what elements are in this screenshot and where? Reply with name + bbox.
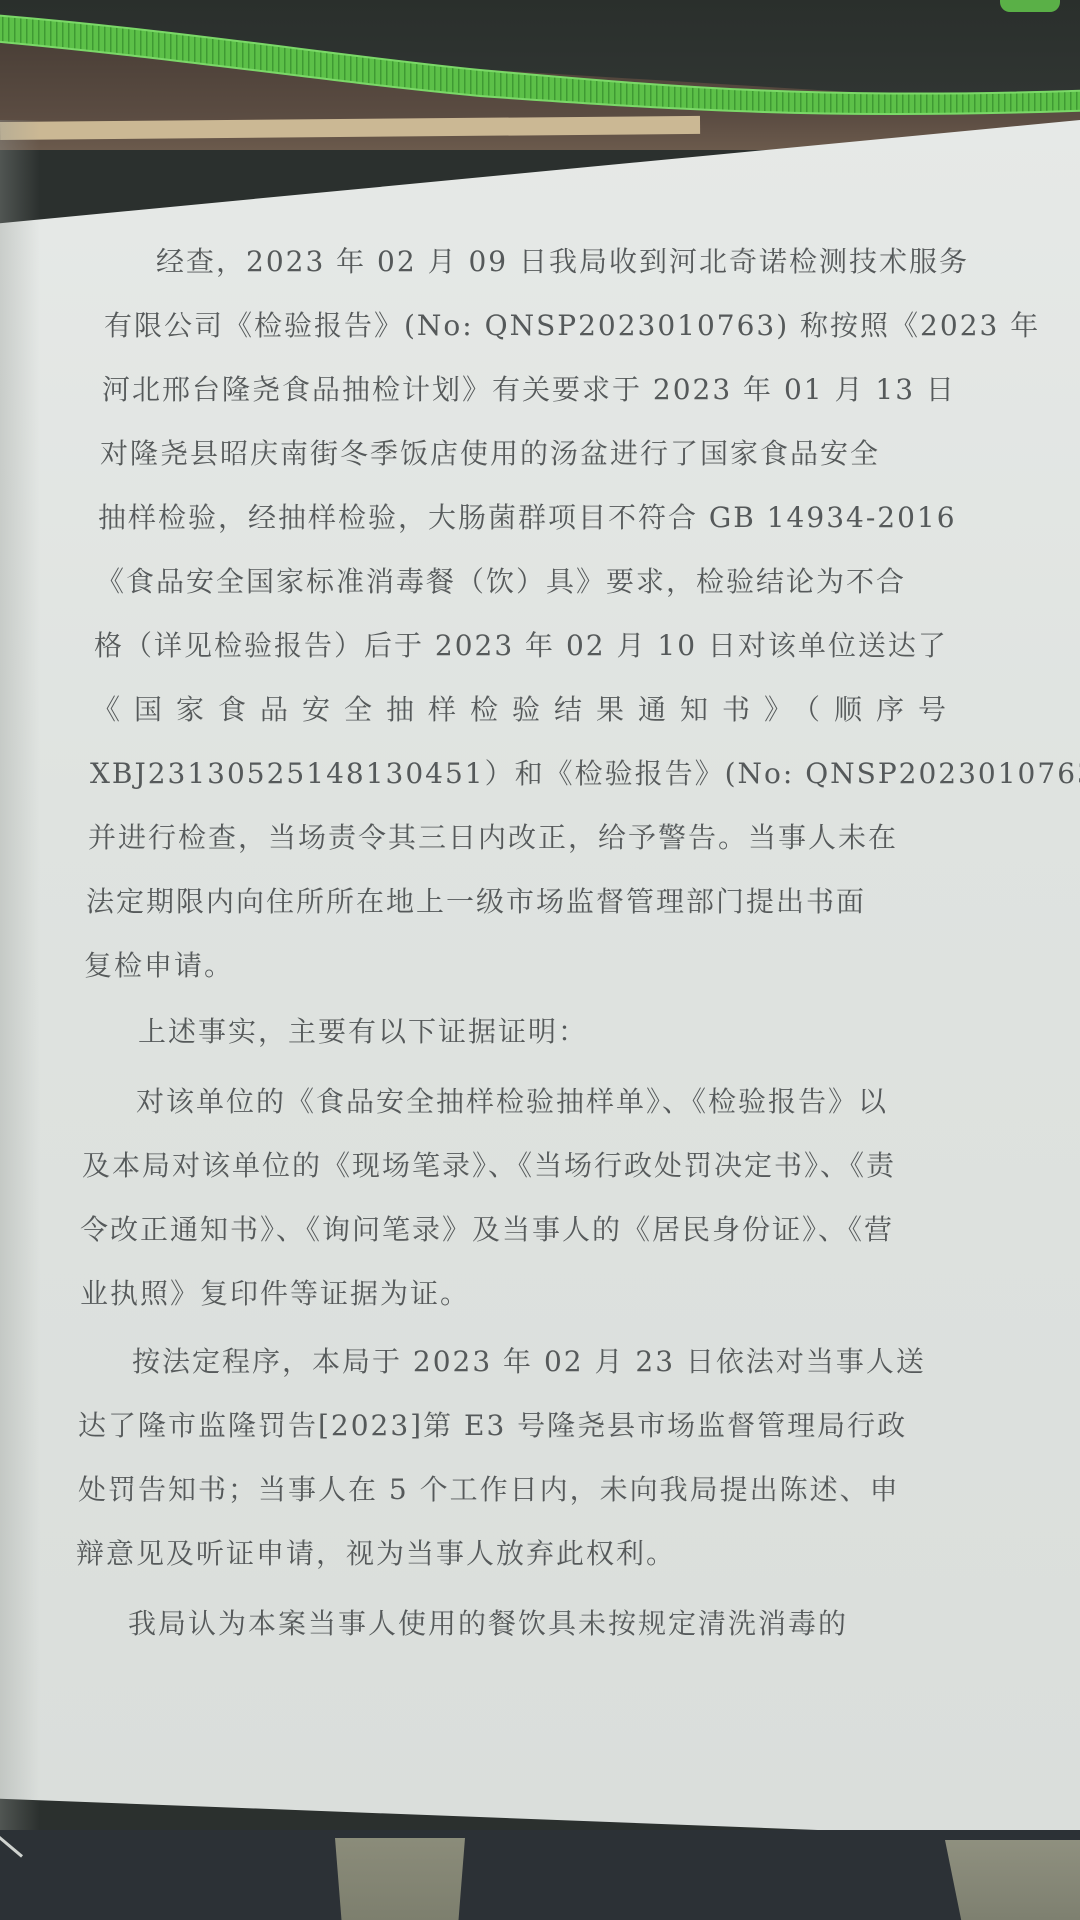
paragraph-investigation-line: 抽样检验，经抽样检验，大肠菌群项目不符合 GB 14934-2016	[98, 498, 957, 538]
paragraph-evidence-line: 业执照》复印件等证据为证。	[80, 1274, 470, 1314]
paragraph-conclusion-line: 我局认为本案当事人使用的餐饮具未按规定清洗消毒的	[128, 1604, 848, 1644]
paragraph-investigation-line: 并进行检查，当场责令其三日内改正，给予警告。当事人未在	[88, 818, 898, 858]
folder-logo-mark	[1000, 0, 1060, 12]
paragraph-investigation-line: 对隆尧县昭庆南街冬季饭店使用的汤盆进行了国家食品安全	[100, 434, 880, 474]
paragraph-procedure-line: 达了隆市监隆罚告[2023]第 E3 号隆尧县市场监督管理局行政	[78, 1406, 907, 1446]
paragraph-investigation-line: 格（详见检验报告）后于 2023 年 02 月 10 日对该单位送达了	[94, 626, 948, 666]
paragraph-investigation-line: 复检申请。	[84, 946, 234, 986]
floor-light-patch	[335, 1838, 465, 1920]
floor-light-patch	[945, 1840, 1080, 1920]
paragraph-investigation-line: XBJ23130525148130451）和《检验报告》(No: QNSP202…	[90, 754, 1080, 794]
paragraph-investigation-line: 《食品安全国家标准消毒餐（饮）具》要求，检验结论为不合	[96, 562, 906, 602]
paragraph-evidence-line: 对该单位的《食品安全抽样检验抽样单》、《检验报告》以	[136, 1082, 888, 1122]
paragraph-procedure-line: 辩意见及听证申请，视为当事人放弃此权利。	[76, 1534, 676, 1574]
paragraph-evidence-line: 令改正通知书》、《询问笔录》及当事人的《居民身份证》、《营	[80, 1210, 894, 1250]
green-elastic-cord	[0, 0, 1080, 130]
paragraph-investigation-line: 法定期限内向住所所在地上一级市场监督管理部门提出书面	[86, 882, 866, 922]
paragraph-investigation-line: 河北邢台隆尧食品抽检计划》有关要求于 2023 年 01 月 13 日	[102, 370, 956, 410]
paragraph-investigation-line: 《国家食品安全抽样检验结果通知书》（顺序号	[92, 690, 960, 730]
paragraph-procedure-line: 处罚告知书；当事人在 5 个工作日内，未向我局提出陈述、申	[78, 1470, 900, 1510]
paragraph-procedure-line: 按法定程序，本局于 2023 年 02 月 23 日依法对当事人送	[132, 1342, 926, 1382]
paragraph-investigation-line: 经查，2023 年 02 月 09 日我局收到河北奇诺检测技术服务	[156, 242, 969, 282]
bottom-background	[0, 1830, 1080, 1920]
paragraph-investigation-line: 有限公司《检验报告》(No: QNSP2023010763) 称按照《2023 …	[104, 306, 1040, 346]
paragraph-evidence-intro: 上述事实，主要有以下证据证明：	[138, 1012, 588, 1052]
paragraph-evidence-line: 及本局对该单位的《现场笔录》、《当场行政处罚决定书》、《责	[82, 1146, 896, 1186]
